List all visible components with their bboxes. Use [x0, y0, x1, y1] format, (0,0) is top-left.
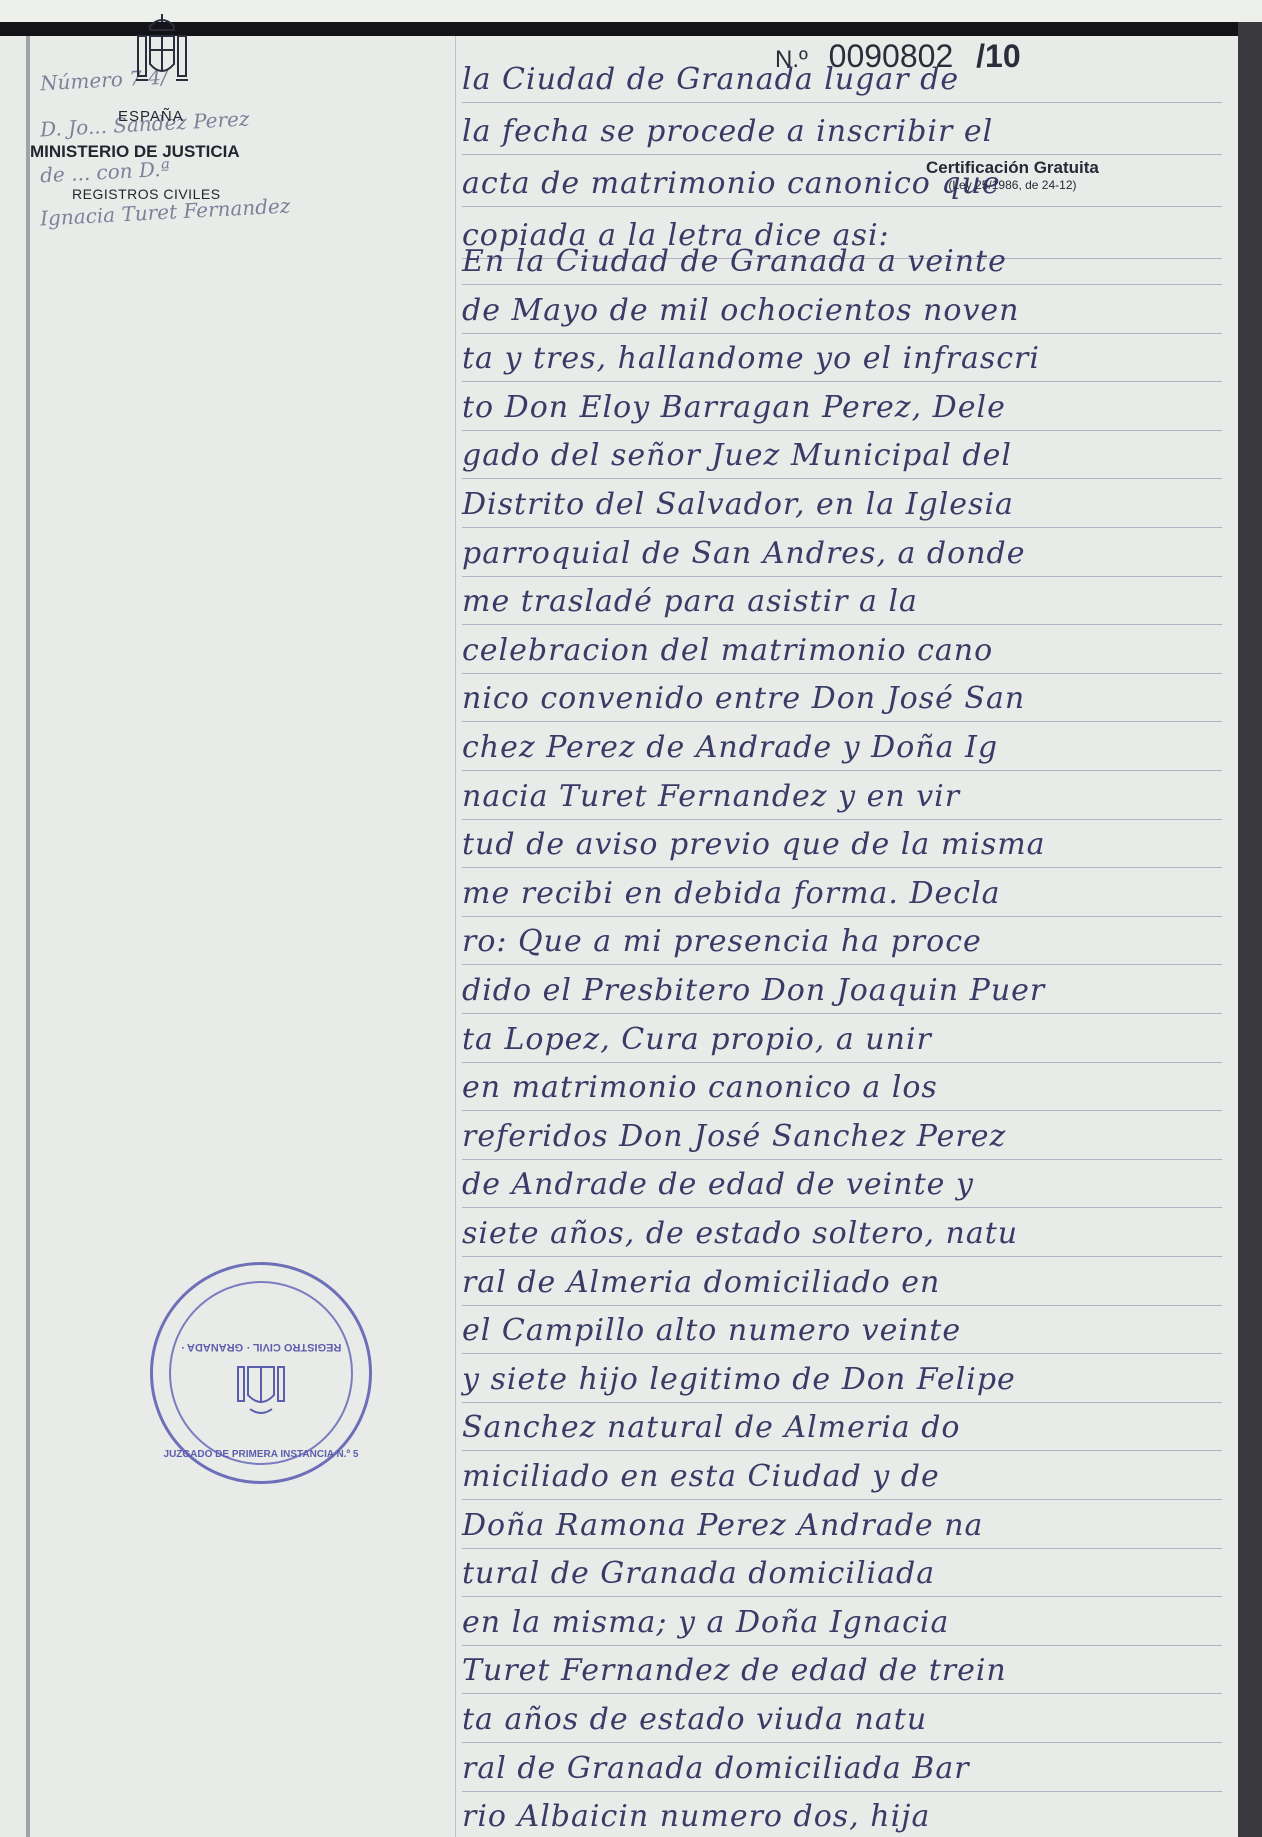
ruled-line: [462, 867, 1222, 868]
ruled-line: [462, 1791, 1222, 1792]
ruled-line: [462, 284, 1222, 285]
handwritten-line: En la Ciudad de Granada a veinte: [462, 244, 1222, 279]
ruled-line: [462, 770, 1222, 771]
ruled-line: [462, 1645, 1222, 1646]
handwritten-line: de Andrade de edad de veinte y: [462, 1167, 1222, 1202]
handwritten-line: rio Albaicin numero dos, hija: [462, 1799, 1222, 1834]
ruled-line: [462, 154, 1222, 155]
ruled-line: [462, 478, 1222, 479]
ruled-line: [462, 1110, 1222, 1111]
stamp-inner-text: REGISTRO CIVIL · GRANADA ·: [153, 1341, 369, 1353]
handwritten-line: Sanchez natural de Almeria do: [462, 1410, 1222, 1445]
handwritten-line: Distrito del Salvador, en la Iglesia: [462, 487, 1222, 522]
court-stamp: REGISTRO CIVIL · GRANADA · JUZGADO DE PR…: [150, 1262, 372, 1484]
handwritten-line: nacia Turet Fernandez y en vir: [462, 779, 1222, 814]
handwritten-line: gado del señor Juez Municipal del: [462, 438, 1222, 473]
handwritten-line: la fecha se procede a inscribir el: [462, 114, 1222, 149]
ruled-line: [462, 624, 1222, 625]
ruled-line: [462, 673, 1222, 674]
handwritten-line: tural de Granada domiciliada: [462, 1556, 1222, 1591]
handwritten-line: ta y tres, hallandome yo el infrascri: [462, 341, 1222, 376]
handwritten-line: referidos Don José Sanchez Perez: [462, 1119, 1222, 1154]
ruled-line: [462, 576, 1222, 577]
ruled-line: [462, 721, 1222, 722]
handwritten-line: en la misma; y a Doña Ignacia: [462, 1605, 1222, 1640]
handwritten-line: en matrimonio canonico a los: [462, 1070, 1222, 1105]
ruled-line: [462, 381, 1222, 382]
handwritten-line: ta Lopez, Cura propio, a unir: [462, 1022, 1222, 1057]
ruled-line: [462, 1305, 1222, 1306]
handwritten-line: miciliado en esta Ciudad y de: [462, 1459, 1222, 1494]
handwritten-line: nico convenido entre Don José San: [462, 681, 1222, 716]
ruled-line: [462, 1256, 1222, 1257]
ruled-line: [462, 206, 1222, 207]
stamp-outer-text: JUZGADO DE PRIMERA INSTANCIA N.º 5: [153, 1449, 369, 1460]
handwritten-line: Doña Ramona Perez Andrade na: [462, 1508, 1222, 1543]
handwritten-line: celebracion del matrimonio cano: [462, 633, 1222, 668]
handwritten-line: ral de Almeria domiciliado en: [462, 1265, 1222, 1300]
handwritten-line: la Ciudad de Granada lugar de: [462, 62, 1222, 97]
ruled-line: [462, 1207, 1222, 1208]
ruled-line: [462, 333, 1222, 334]
ruled-line: [462, 1548, 1222, 1549]
ruled-line: [462, 916, 1222, 917]
ruled-line: [462, 1353, 1222, 1354]
ruled-line: [462, 1596, 1222, 1597]
handwritten-line: to Don Eloy Barragan Perez, Dele: [462, 390, 1222, 425]
ruled-line: [462, 527, 1222, 528]
handwritten-line: me trasladé para asistir a la: [462, 584, 1222, 619]
ruled-line: [462, 1742, 1222, 1743]
handwritten-line: me recibi en debida forma. Decla: [462, 876, 1222, 911]
handwritten-line: el Campillo alto numero veinte: [462, 1313, 1222, 1348]
ruled-line: [462, 1062, 1222, 1063]
ruled-line: [462, 819, 1222, 820]
handwritten-line: ta años de estado viuda natu: [462, 1702, 1222, 1737]
handwritten-line: ro: Que a mi presencia ha proce: [462, 924, 1222, 959]
ruled-line: [462, 1402, 1222, 1403]
ruled-line: [462, 964, 1222, 965]
left-margin-rule: [26, 36, 30, 1837]
coat-of-arms-icon: [236, 1361, 286, 1417]
handwritten-line: tud de aviso previo que de la misma: [462, 827, 1222, 862]
ruled-line: [462, 102, 1222, 103]
ruled-line: [462, 1013, 1222, 1014]
handwritten-line: parroquial de San Andres, a donde: [462, 536, 1222, 571]
ruled-line: [462, 1693, 1222, 1694]
handwritten-line: chez Perez de Andrade y Doña Ig: [462, 730, 1222, 765]
handwritten-line: dido el Presbitero Don Joaquin Puer: [462, 973, 1222, 1008]
handwritten-line: y siete hijo legitimo de Don Felipe: [462, 1362, 1222, 1397]
ruled-line: [462, 1450, 1222, 1451]
handwritten-line: acta de matrimonio canonico que: [462, 166, 1222, 201]
ruled-line: [462, 1499, 1222, 1500]
handwritten-line: siete años, de estado soltero, natu: [462, 1216, 1222, 1251]
ruled-line: [462, 430, 1222, 431]
handwritten-line: ral de Granada domiciliada Bar: [462, 1751, 1222, 1786]
margin-divider: [455, 36, 456, 1837]
handwritten-line: de Mayo de mil ochocientos noven: [462, 293, 1222, 328]
handwritten-line: Turet Fernandez de edad de trein: [462, 1653, 1222, 1688]
ruled-line: [462, 1159, 1222, 1160]
